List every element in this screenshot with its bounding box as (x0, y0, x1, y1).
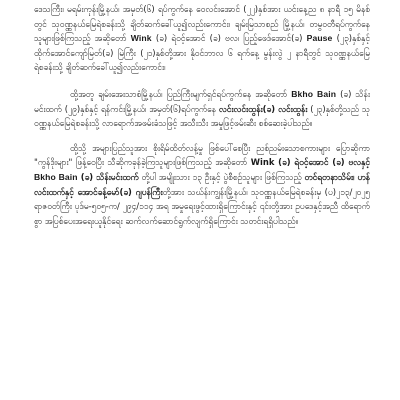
name-bkho-bain: Bkho Bain (34, 172, 78, 182)
paragraph-2: ထို့အတူ ချမ်းအေးသာစံမြို့နယ်၊ ပြည်ကြီးမျ… (34, 87, 370, 131)
name-bkho-bain: Bkho Bain (291, 89, 336, 99)
text-segment: ထို့အတူ ချမ်းအေးသာစံမြို့နယ်၊ ပြည်ကြီးမျ… (70, 89, 291, 99)
document-page: ဒေသကြီး၊ မရမ်းကုန်းမြို့နယ်၊ အမှတ်(၆) ရပ… (34, 2, 370, 238)
bold-name: (ခ) သိန်းမင်းထက် (78, 172, 139, 182)
paragraph-1: ဒေသကြီး၊ မရမ်းကုန်းမြို့နယ်၊ အမှတ်(၆) ရပ… (34, 2, 370, 75)
text-segment: တို့ပါ အမျိုးသား ၁၃ ဦးနှင့် ပွဲစီစဉ်သူမျ… (139, 172, 305, 182)
bold-name: Wink (ခ) ရဲဝင့်အောင် (ခ) ဗလနှင့် (251, 157, 370, 167)
name-wink: Wink (131, 33, 152, 43)
bold-name: လင်းလင်းထွန်း(ခ) လင်းထွန်း (219, 104, 308, 114)
paragraph-3: ထို့သို့ အများပြည်သူအား စိုးရိမ်ထိတ်လန့်… (34, 141, 370, 229)
text-segment: (ခ) ရဲဝင့်အောင် (ခ) ဗလ၊ ပြည့်ဖေဒ်အောင်(ခ… (152, 33, 307, 43)
name-pause: Pause (307, 33, 333, 43)
